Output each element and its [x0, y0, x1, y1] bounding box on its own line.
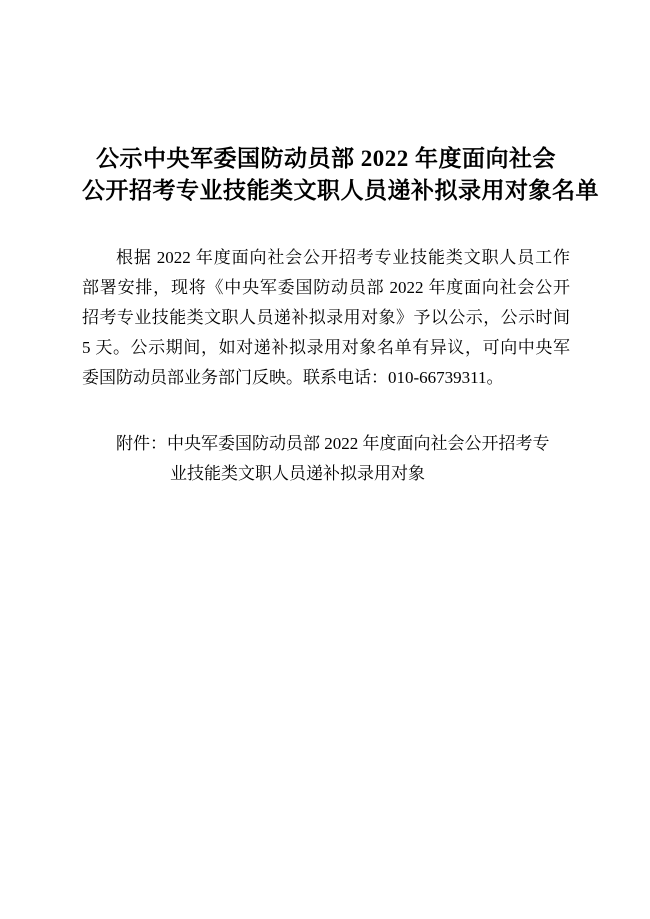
attachment-line-2: 业技能类文职人员递补拟录用对象 [170, 459, 570, 489]
attachment-line-1: 附件：中央军委国防动员部 2022 年度面向社会公开招考专 [82, 429, 570, 459]
title-line-1: 公示中央军委国防动员部 2022 年度面向社会 [82, 143, 570, 175]
document-page: 公示中央军委国防动员部 2022 年度面向社会 公开招考专业技能类文职人员递补拟… [0, 0, 650, 919]
body-line: 5 天。公示期间，如对递补拟录用对象名单有异议，可向中央军 [82, 333, 570, 363]
body-line: 部署安排，现将《中央军委国防动员部 2022 年度面向社会公开 [82, 273, 570, 303]
document-content: 公示中央军委国防动员部 2022 年度面向社会 公开招考专业技能类文职人员递补拟… [82, 0, 570, 489]
document-title: 公示中央军委国防动员部 2022 年度面向社会 公开招考专业技能类文职人员递补拟… [82, 0, 570, 207]
title-line-2: 公开招考专业技能类文职人员递补拟录用对象名单 [82, 175, 570, 207]
body-line: 委国防动员部业务部门反映。联系电话：010-66739311。 [82, 363, 570, 393]
body-line: 根据 2022 年度面向社会公开招考专业技能类文职人员工作 [82, 243, 570, 273]
body-line: 招考专业技能类文职人员递补拟录用对象》予以公示，公示时间 [82, 303, 570, 333]
attachment-section: 附件：中央军委国防动员部 2022 年度面向社会公开招考专 业技能类文职人员递补… [82, 429, 570, 489]
body-paragraph: 根据 2022 年度面向社会公开招考专业技能类文职人员工作 部署安排，现将《中央… [82, 243, 570, 393]
